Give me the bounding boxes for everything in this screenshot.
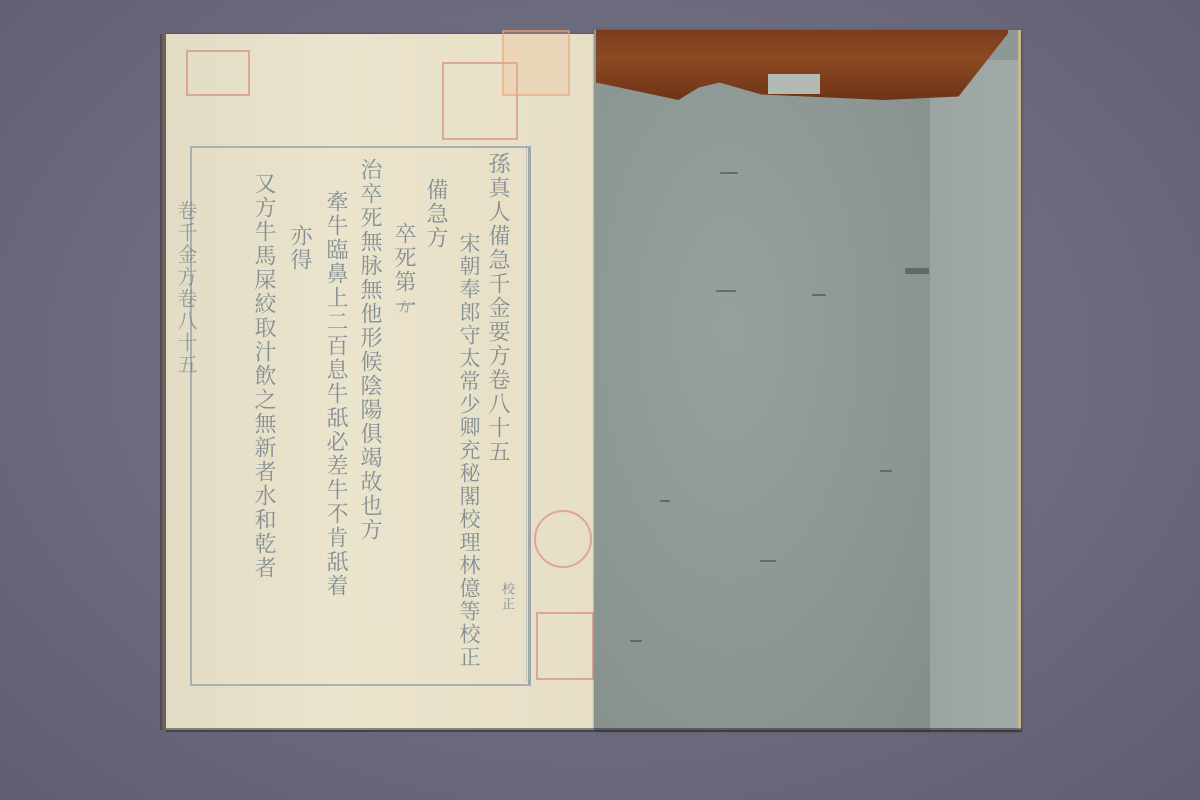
seal-round — [534, 510, 592, 568]
fiber — [812, 294, 826, 296]
section-heading: 備急方 — [424, 178, 446, 250]
body-column-2: 牽牛臨鼻上二百息牛舐必差牛不肯舐着 — [324, 190, 346, 598]
cover-fold — [930, 60, 1020, 730]
seal-top-right — [502, 30, 570, 96]
seal-lower-right — [536, 612, 594, 680]
fiber — [720, 172, 738, 174]
fiber — [660, 500, 670, 502]
fiber — [905, 268, 929, 274]
cover-edge — [1018, 30, 1021, 730]
fiber — [716, 290, 736, 292]
fiber — [760, 560, 776, 562]
cover-patch — [768, 74, 820, 94]
fiber — [880, 470, 892, 472]
small-note: 校正 — [500, 582, 513, 612]
frame-line — [526, 146, 527, 682]
cover-main-panel — [594, 60, 934, 730]
body-column-1: 治卒死無脉無他形候陰陽俱竭故也方 — [358, 158, 380, 542]
book-bottom-shadow — [166, 728, 1022, 732]
author-column: 宋朝奉郎守太常少卿充秘閣校理林億等校正 — [458, 232, 479, 669]
body-column-3: 又方牛馬屎絞取汁飲之無新者水和乾者 — [252, 172, 274, 580]
body-column-4: 亦得 — [288, 224, 310, 272]
edge-column: 卷千金方卷八十五 — [176, 200, 196, 376]
small-note: 方 — [396, 300, 409, 315]
seal-top-left — [186, 50, 250, 96]
fiber — [630, 640, 642, 642]
title-column: 孫真人備急千金要方卷八十五 — [486, 152, 508, 464]
